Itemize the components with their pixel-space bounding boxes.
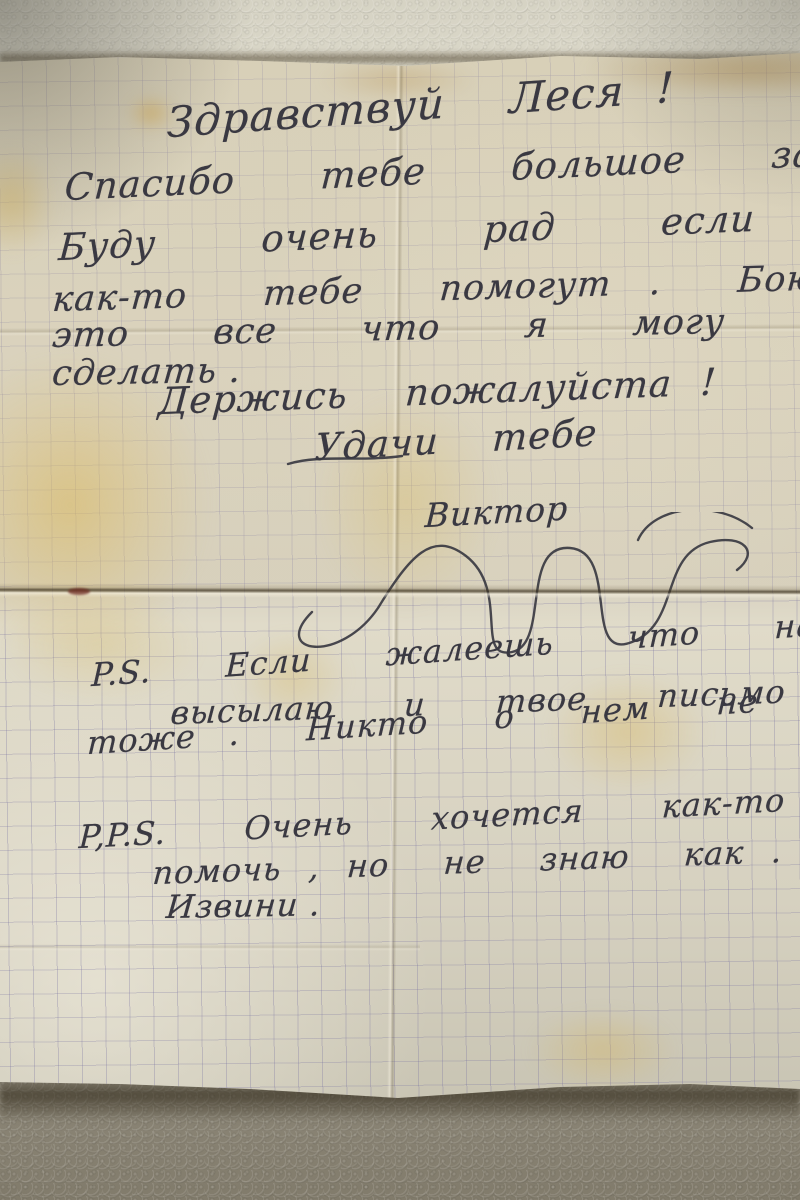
letter-paper: Здравствуй Леся ! Спасибо тебе большое з… <box>0 0 800 1200</box>
fold-crease-horizontal <box>0 583 800 599</box>
signature-name: Виктор <box>424 488 569 535</box>
fold-crease-minor <box>0 944 420 951</box>
crease-mark <box>68 588 90 595</box>
post-postscript-line: Извини . <box>165 885 323 926</box>
letter-photo: { "photo": { "subject": "handwritten let… <box>0 0 800 1200</box>
